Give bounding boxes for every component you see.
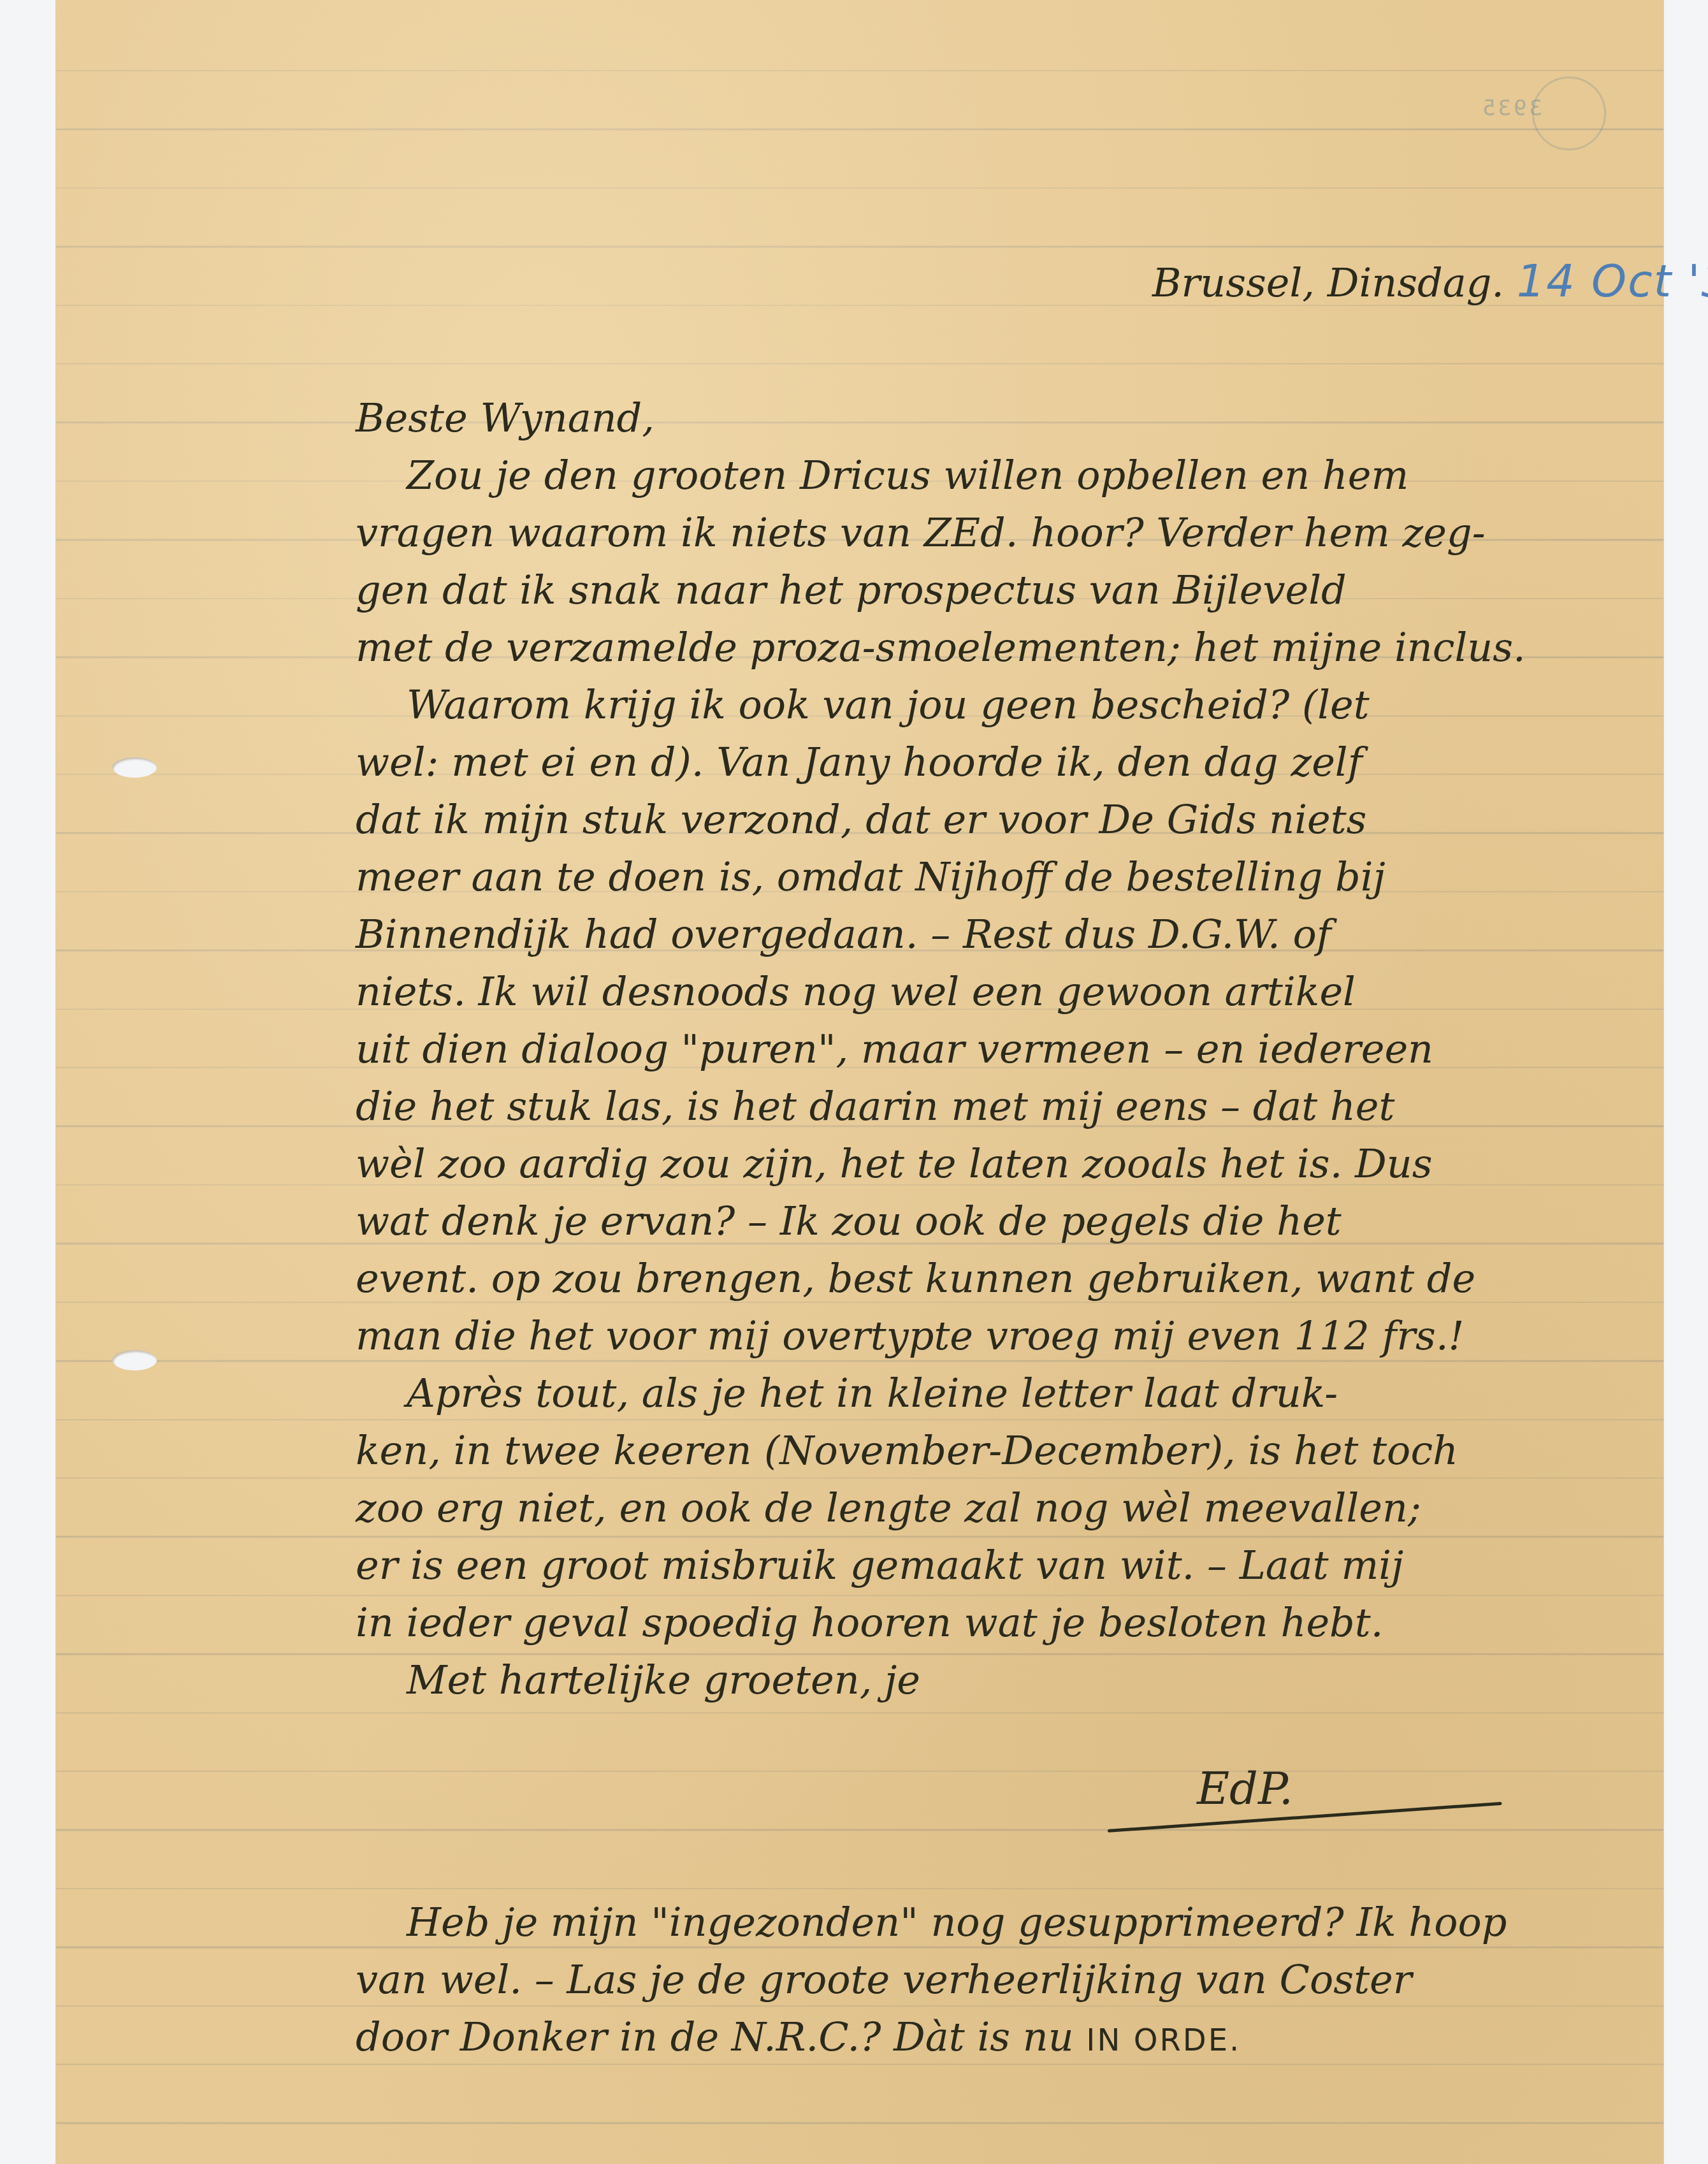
postscript-line: door Donker in de N.R.C.? Dàt is nu IN O… (356, 2008, 1241, 2070)
body-line: niets. Ik wil desnoods nog wel een gewoo… (356, 962, 1356, 1021)
body-line: die het stuk las, is het daarin met mij … (356, 1077, 1394, 1136)
body-line-part: gen dat ik snak naar het prospectus van … (356, 567, 1347, 613)
body-line: er is een groot misbruik gemaakt van wit… (356, 1536, 1403, 1595)
body-line: Zou je den grooten Dricus willen opbelle… (407, 446, 1408, 505)
postscript-line: van wel. – Las je de groote verheerlijki… (356, 1950, 1412, 2009)
body-line: wat denk je ervan? – Ik zou ook de pegel… (356, 1192, 1342, 1251)
body-line: event. op zou brengen, best kunnen gebru… (356, 1249, 1475, 1308)
body-line: Après tout, als je het in kleine letter … (407, 1364, 1338, 1423)
body-line: wèl zoo aardig zou zijn, het te laten zo… (356, 1135, 1433, 1193)
body-line: uit dien dialoog "puren", maar vermeen –… (356, 1020, 1433, 1078)
body-line: met de verzamelde proza-smoelementen; he… (356, 618, 1526, 677)
punch-hole-bottom (112, 1350, 157, 1370)
body-line: man die het voor mij overtypte vroeg mij… (356, 1307, 1465, 1365)
closing: Met hartelijke groeten, je (407, 1651, 920, 1710)
body-line: in ieder geval spoedig hooren wat je bes… (356, 1594, 1383, 1652)
body-line: ken, in twee keeren (November-December),… (356, 1421, 1458, 1480)
body-line: dat ik mijn stuk verzond, dat er voor De… (356, 790, 1366, 849)
archive-stamp-number: 3935 (1480, 96, 1542, 121)
postscript-line: Heb je mijn "ingezonden" nog gesupprimee… (407, 1893, 1507, 1952)
punch-hole-top (112, 757, 157, 778)
body-line: zoo erg niet, en ook de lengte zal nog w… (356, 1479, 1421, 1537)
letter-page: 3935 Brussel, Dinsdag. 14 Oct '30 Beste … (56, 0, 1663, 2164)
signature-underline (1108, 1802, 1502, 1833)
postscript-caps: IN ORDE. (1086, 2022, 1241, 2058)
body-line: wel: met ei en d). Van Jany hoorde ik, d… (356, 733, 1363, 792)
body-line: Waarom krijg ik ook van jou geen beschei… (407, 676, 1370, 734)
letter-header: Brussel, Dinsdag. 14 Oct '30 (1152, 252, 1708, 312)
salutation: Beste Wynand, (356, 389, 655, 447)
postscript-line-text: door Donker in de N.R.C.? Dàt is nu (356, 2014, 1074, 2060)
body-line: Binnendijk had overgedaan. – Rest dus D.… (356, 905, 1331, 964)
body-line: vragen waarom ik niets van ZEd. hoor? Ve… (356, 504, 1486, 562)
place-and-day: Brussel, Dinsdag. (1152, 259, 1504, 306)
body-line: gen dat ik snak naar het prospectus van … (356, 561, 1347, 620)
body-line: meer aan te doen is, omdat Nijhoff de be… (356, 848, 1386, 906)
signature: EdP. (1197, 1759, 1293, 1818)
archive-seal-icon (1532, 76, 1606, 150)
pencil-date: 14 Oct '30 (1517, 255, 1708, 307)
